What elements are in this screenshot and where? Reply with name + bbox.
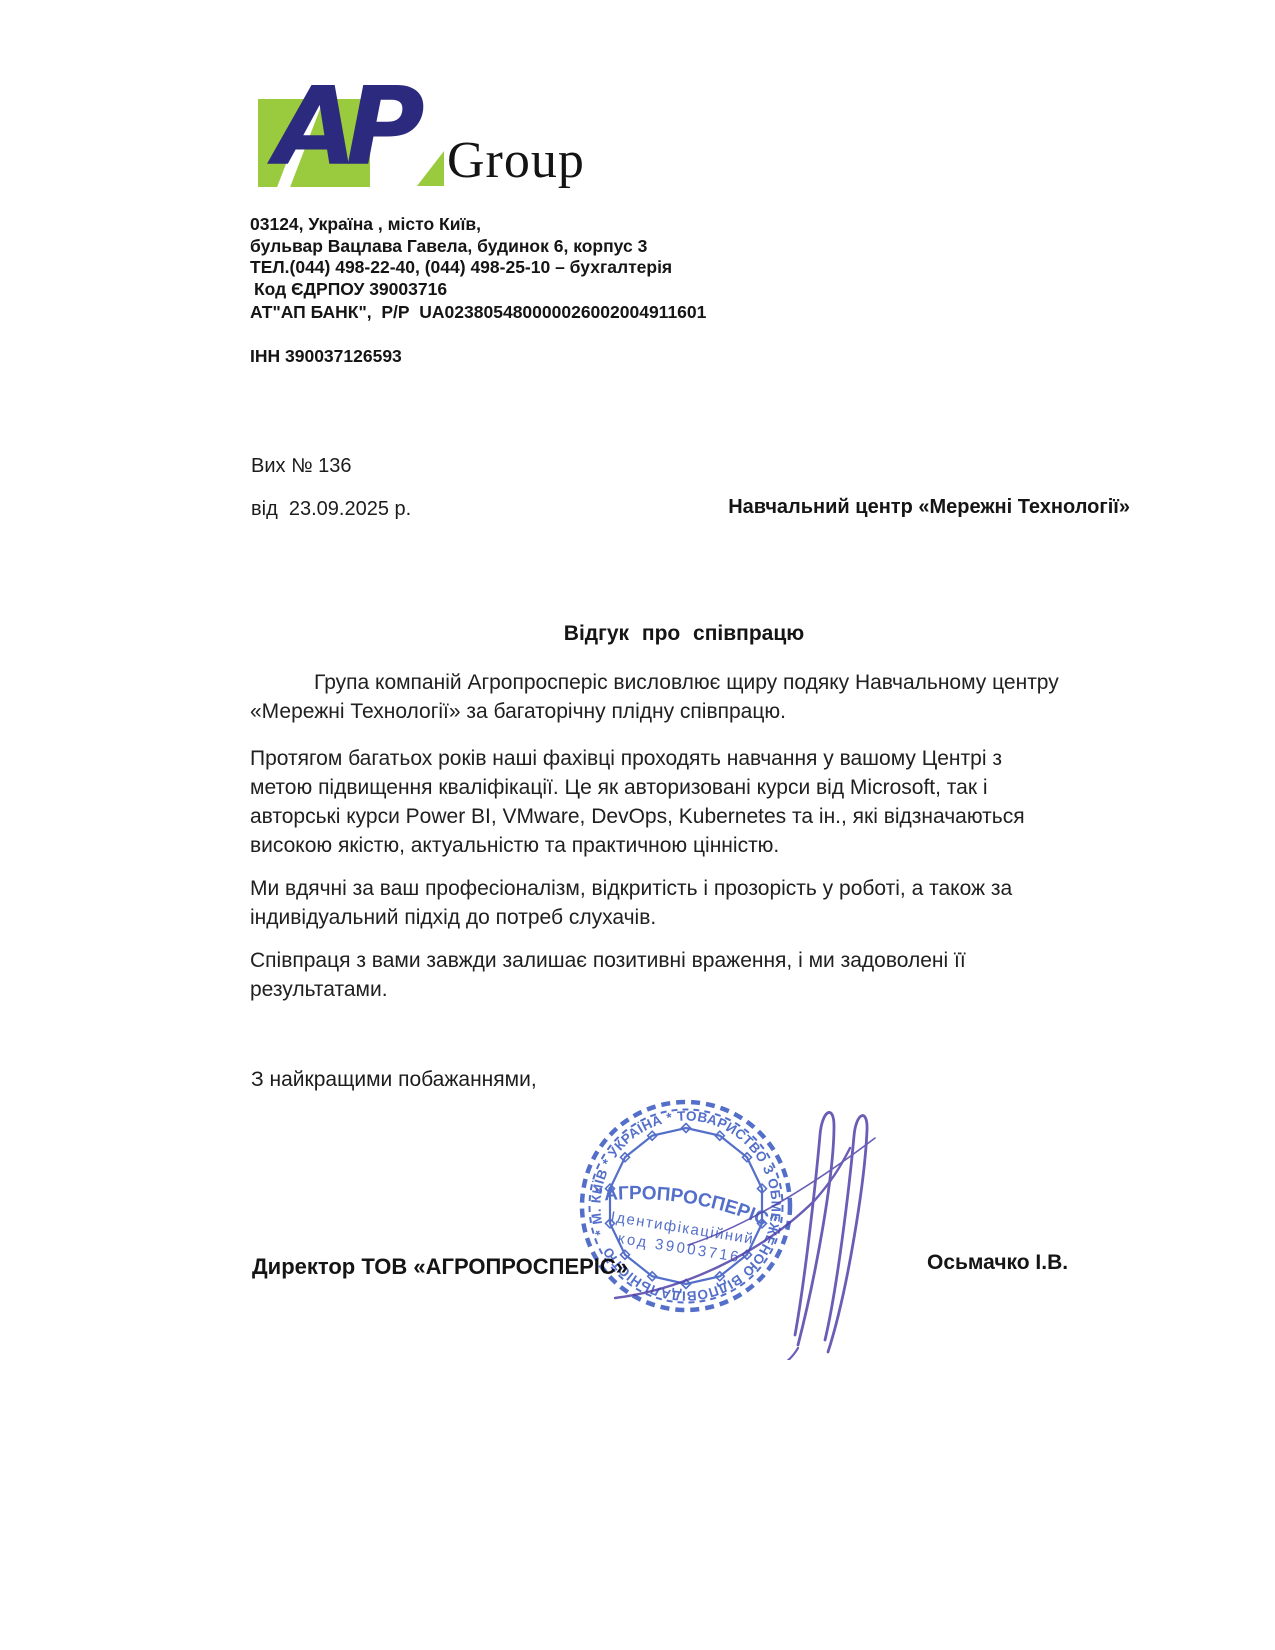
paragraph-1: Група компаній Агропросперіс висловлює щ… — [250, 668, 1130, 726]
header-address-line-1: 03124, Україна , місто Київ, — [250, 214, 481, 235]
paragraph-4: Співпраця з вами завжди залишає позитивн… — [250, 946, 1130, 1004]
paragraph-line: Ми вдячні за ваш професіоналізм, відкрит… — [250, 874, 1130, 903]
logo-green-triangle-icon — [417, 151, 444, 186]
signer-name: Осьмачко І.В. — [927, 1251, 1068, 1275]
paragraph-line: Група компаній Агропросперіс висловлює щ… — [250, 668, 1130, 697]
letter-page: AP Group 03124, Україна , місто Київ, бу… — [0, 0, 1275, 1650]
paragraph-line: Протягом багатьох років наші фахівці про… — [250, 744, 1130, 773]
outgoing-number: Вих № 136 — [251, 455, 351, 478]
paragraph-line: високою якістю, актуальністю та практичн… — [250, 831, 1130, 860]
paragraph-line: авторські курси Power BI, VMware, DevOps… — [250, 802, 1130, 831]
recipient-name: Навчальний центр «Мережні Технології» — [660, 496, 1130, 519]
closing-salutation: З найкращими побажаннями, — [251, 1068, 537, 1092]
header-inn-line: ІНН 390037126593 — [250, 346, 402, 367]
paragraph-line: «Мережні Технології» за багаторічну плід… — [250, 697, 1130, 726]
logo-ap-monogram: AP — [274, 74, 413, 182]
company-stamp: * М. КИЇВ * УКРАЇНА * ТОВАРИСТВО З ОБМЕЖ… — [520, 1040, 920, 1360]
paragraph-line: метою підвищення кваліфікації. Це як авт… — [250, 773, 1130, 802]
paragraph-3: Ми вдячні за ваш професіоналізм, відкрит… — [250, 874, 1130, 932]
letter-date: від 23.09.2025 р. — [251, 498, 411, 521]
header-edrpou-line: Код ЄДРПОУ 39003716 — [254, 279, 447, 300]
header-bank-line: АТ"АП БАНК", Р/Р UA023805480000026002004… — [250, 302, 706, 323]
letter-title: Відгук про співпрацю — [250, 622, 1118, 646]
paragraph-2: Протягом багатьох років наші фахівці про… — [250, 744, 1130, 860]
paragraph-line: результатами. — [250, 975, 1130, 1004]
paragraph-line: індивідуальний підхід до потреб слухачів… — [250, 903, 1130, 932]
header-phone-line: ТЕЛ.(044) 498-22-40, (044) 498-25-10 – б… — [250, 257, 672, 278]
logo-wordmark: Group — [447, 131, 585, 190]
header-address-line-2: бульвар Вацлава Гавела, будинок 6, корпу… — [250, 236, 647, 257]
paragraph-line: Співпраця з вами завжди залишає позитивн… — [250, 946, 1130, 975]
